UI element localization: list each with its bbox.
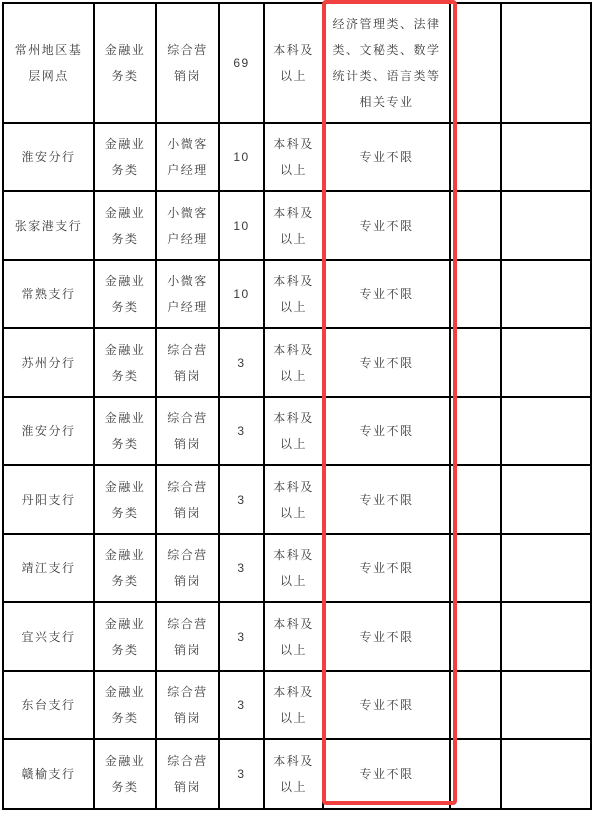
position-cell: 综合营销岗 bbox=[156, 671, 219, 739]
education-cell: 本科及以上 bbox=[264, 534, 323, 602]
category-cell-line: 务类 bbox=[95, 637, 155, 663]
position-cell-line: 销岗 bbox=[157, 774, 218, 800]
major-cell: 专业不限 bbox=[323, 191, 450, 260]
education-cell-line: 本科及 bbox=[265, 748, 322, 774]
branch-cell: 丹阳支行 bbox=[3, 465, 94, 534]
table-row: 宜兴支行金融业务类综合营销岗3本科及以上专业不限 bbox=[3, 602, 591, 671]
branch-cell-line: 宜兴支行 bbox=[4, 624, 93, 650]
position-cell-line: 综合营 bbox=[157, 337, 218, 363]
major-cell-line: 专业不限 bbox=[324, 692, 449, 718]
blank-cell bbox=[501, 3, 591, 123]
table-row: 苏州分行金融业务类综合营销岗3本科及以上专业不限 bbox=[3, 328, 591, 397]
major-cell: 专业不限 bbox=[323, 602, 450, 671]
category-cell-line: 金融业 bbox=[95, 474, 155, 500]
position-cell-line: 销岗 bbox=[157, 637, 218, 663]
major-cell: 专业不限 bbox=[323, 397, 450, 465]
position-cell-line: 综合营 bbox=[157, 611, 218, 637]
category-cell-line: 金融业 bbox=[95, 337, 155, 363]
position-cell: 小微客户经理 bbox=[156, 123, 219, 191]
position-cell-line: 综合营 bbox=[157, 679, 218, 705]
blank-cell bbox=[450, 739, 501, 809]
category-cell-line: 金融业 bbox=[95, 611, 155, 637]
blank-cell bbox=[450, 123, 501, 191]
count-cell: 69 bbox=[219, 3, 264, 123]
category-cell-line: 务类 bbox=[95, 63, 155, 89]
major-cell-line: 专业不限 bbox=[324, 555, 449, 581]
category-cell-line: 务类 bbox=[95, 705, 155, 731]
table-row: 淮安分行金融业务类小微客户经理10本科及以上专业不限 bbox=[3, 123, 591, 191]
count-cell: 3 bbox=[219, 671, 264, 739]
education-cell-line: 以上 bbox=[265, 63, 322, 89]
category-cell: 金融业务类 bbox=[94, 465, 156, 534]
blank-cell bbox=[501, 465, 591, 534]
branch-cell: 张家港支行 bbox=[3, 191, 94, 260]
branch-cell: 靖江支行 bbox=[3, 534, 94, 602]
major-cell: 专业不限 bbox=[323, 123, 450, 191]
education-cell-line: 本科及 bbox=[265, 37, 322, 63]
blank-cell bbox=[501, 191, 591, 260]
blank-cell bbox=[450, 602, 501, 671]
position-cell-line: 销岗 bbox=[157, 63, 218, 89]
education-cell-line: 本科及 bbox=[265, 679, 322, 705]
branch-cell-line: 苏州分行 bbox=[4, 350, 93, 376]
position-cell: 小微客户经理 bbox=[156, 191, 219, 260]
table-row: 常熟支行金融业务类小微客户经理10本科及以上专业不限 bbox=[3, 260, 591, 328]
category-cell-line: 务类 bbox=[95, 157, 155, 183]
recruitment-table: 常州地区基层网点金融业务类综合营销岗69本科及以上经济管理类、法律类、文秘类、数… bbox=[2, 2, 592, 810]
education-cell-line: 本科及 bbox=[265, 200, 322, 226]
major-cell-line: 专业不限 bbox=[324, 144, 449, 170]
table-row: 张家港支行金融业务类小微客户经理10本科及以上专业不限 bbox=[3, 191, 591, 260]
position-cell-line: 户经理 bbox=[157, 157, 218, 183]
count-cell: 10 bbox=[219, 191, 264, 260]
education-cell-line: 本科及 bbox=[265, 268, 322, 294]
education-cell-line: 以上 bbox=[265, 157, 322, 183]
major-cell: 专业不限 bbox=[323, 328, 450, 397]
position-cell-line: 综合营 bbox=[157, 542, 218, 568]
branch-cell-line: 东台支行 bbox=[4, 692, 93, 718]
branch-cell: 常熟支行 bbox=[3, 260, 94, 328]
category-cell: 金融业务类 bbox=[94, 739, 156, 809]
major-cell: 专业不限 bbox=[323, 260, 450, 328]
major-cell-line: 专业不限 bbox=[324, 418, 449, 444]
blank-cell bbox=[450, 465, 501, 534]
education-cell-line: 以上 bbox=[265, 568, 322, 594]
education-cell-line: 本科及 bbox=[265, 474, 322, 500]
category-cell-line: 务类 bbox=[95, 226, 155, 252]
blank-cell bbox=[501, 328, 591, 397]
category-cell-line: 金融业 bbox=[95, 748, 155, 774]
branch-cell: 淮安分行 bbox=[3, 397, 94, 465]
category-cell: 金融业务类 bbox=[94, 328, 156, 397]
blank-cell bbox=[501, 260, 591, 328]
position-cell-line: 销岗 bbox=[157, 431, 218, 457]
position-cell: 综合营销岗 bbox=[156, 3, 219, 123]
education-cell-line: 以上 bbox=[265, 226, 322, 252]
position-cell: 小微客户经理 bbox=[156, 260, 219, 328]
count-cell: 3 bbox=[219, 397, 264, 465]
major-cell: 专业不限 bbox=[323, 739, 450, 809]
major-cell: 专业不限 bbox=[323, 671, 450, 739]
education-cell-line: 以上 bbox=[265, 637, 322, 663]
position-cell-line: 销岗 bbox=[157, 363, 218, 389]
category-cell-line: 金融业 bbox=[95, 679, 155, 705]
table-row: 东台支行金融业务类综合营销岗3本科及以上专业不限 bbox=[3, 671, 591, 739]
blank-cell bbox=[501, 739, 591, 809]
category-cell-line: 务类 bbox=[95, 568, 155, 594]
education-cell-line: 以上 bbox=[265, 431, 322, 457]
table-row: 赣榆支行金融业务类综合营销岗3本科及以上专业不限 bbox=[3, 739, 591, 809]
branch-cell-line: 淮安分行 bbox=[4, 144, 93, 170]
category-cell: 金融业务类 bbox=[94, 3, 156, 123]
position-cell: 综合营销岗 bbox=[156, 465, 219, 534]
category-cell: 金融业务类 bbox=[94, 397, 156, 465]
position-cell-line: 综合营 bbox=[157, 37, 218, 63]
major-cell: 经济管理类、法律类、文秘类、数学统计类、语言类等相关专业 bbox=[323, 3, 450, 123]
education-cell-line: 本科及 bbox=[265, 611, 322, 637]
position-cell-line: 销岗 bbox=[157, 500, 218, 526]
position-cell: 综合营销岗 bbox=[156, 397, 219, 465]
position-cell: 综合营销岗 bbox=[156, 739, 219, 809]
branch-cell-line: 层网点 bbox=[4, 63, 93, 89]
major-cell: 专业不限 bbox=[323, 465, 450, 534]
branch-cell-line: 淮安分行 bbox=[4, 418, 93, 444]
education-cell-line: 本科及 bbox=[265, 542, 322, 568]
major-cell-line: 统计类、语言类等 bbox=[324, 63, 449, 89]
position-cell-line: 销岗 bbox=[157, 568, 218, 594]
branch-cell: 宜兴支行 bbox=[3, 602, 94, 671]
position-cell-line: 销岗 bbox=[157, 705, 218, 731]
category-cell-line: 务类 bbox=[95, 294, 155, 320]
branch-cell-line: 赣榆支行 bbox=[4, 761, 93, 787]
position-cell-line: 小微客 bbox=[157, 131, 218, 157]
blank-cell bbox=[450, 534, 501, 602]
branch-cell-line: 靖江支行 bbox=[4, 555, 93, 581]
table-row: 丹阳支行金融业务类综合营销岗3本科及以上专业不限 bbox=[3, 465, 591, 534]
major-cell-line: 专业不限 bbox=[324, 761, 449, 787]
education-cell-line: 以上 bbox=[265, 774, 322, 800]
count-cell: 3 bbox=[219, 739, 264, 809]
category-cell: 金融业务类 bbox=[94, 602, 156, 671]
education-cell: 本科及以上 bbox=[264, 397, 323, 465]
branch-cell-line: 张家港支行 bbox=[4, 213, 93, 239]
category-cell: 金融业务类 bbox=[94, 123, 156, 191]
position-cell-line: 户经理 bbox=[157, 226, 218, 252]
major-cell-line: 相关专业 bbox=[324, 89, 449, 115]
education-cell: 本科及以上 bbox=[264, 328, 323, 397]
table-row: 常州地区基层网点金融业务类综合营销岗69本科及以上经济管理类、法律类、文秘类、数… bbox=[3, 3, 591, 123]
education-cell-line: 本科及 bbox=[265, 131, 322, 157]
category-cell-line: 金融业 bbox=[95, 200, 155, 226]
education-cell-line: 以上 bbox=[265, 705, 322, 731]
blank-cell bbox=[450, 328, 501, 397]
category-cell-line: 务类 bbox=[95, 431, 155, 457]
table-row: 靖江支行金融业务类综合营销岗3本科及以上专业不限 bbox=[3, 534, 591, 602]
major-cell: 专业不限 bbox=[323, 534, 450, 602]
count-cell: 3 bbox=[219, 328, 264, 397]
position-cell: 综合营销岗 bbox=[156, 602, 219, 671]
major-cell-line: 专业不限 bbox=[324, 350, 449, 376]
category-cell-line: 务类 bbox=[95, 500, 155, 526]
education-cell: 本科及以上 bbox=[264, 260, 323, 328]
category-cell-line: 金融业 bbox=[95, 405, 155, 431]
branch-cell: 常州地区基层网点 bbox=[3, 3, 94, 123]
category-cell-line: 务类 bbox=[95, 363, 155, 389]
category-cell-line: 金融业 bbox=[95, 37, 155, 63]
blank-cell bbox=[501, 602, 591, 671]
blank-cell bbox=[450, 260, 501, 328]
blank-cell bbox=[450, 191, 501, 260]
category-cell-line: 金融业 bbox=[95, 268, 155, 294]
table-body: 常州地区基层网点金融业务类综合营销岗69本科及以上经济管理类、法律类、文秘类、数… bbox=[3, 3, 591, 809]
count-cell: 10 bbox=[219, 123, 264, 191]
position-cell-line: 小微客 bbox=[157, 268, 218, 294]
count-cell: 3 bbox=[219, 465, 264, 534]
education-cell-line: 以上 bbox=[265, 294, 322, 320]
education-cell: 本科及以上 bbox=[264, 123, 323, 191]
branch-cell: 东台支行 bbox=[3, 671, 94, 739]
position-cell-line: 综合营 bbox=[157, 474, 218, 500]
major-cell-line: 经济管理类、法律 bbox=[324, 11, 449, 37]
education-cell-line: 本科及 bbox=[265, 337, 322, 363]
education-cell-line: 以上 bbox=[265, 363, 322, 389]
major-cell-line: 类、文秘类、数学 bbox=[324, 37, 449, 63]
category-cell-line: 金融业 bbox=[95, 131, 155, 157]
major-cell-line: 专业不限 bbox=[324, 281, 449, 307]
position-cell-line: 综合营 bbox=[157, 405, 218, 431]
count-cell: 3 bbox=[219, 602, 264, 671]
education-cell: 本科及以上 bbox=[264, 191, 323, 260]
education-cell: 本科及以上 bbox=[264, 739, 323, 809]
count-cell: 3 bbox=[219, 534, 264, 602]
category-cell: 金融业务类 bbox=[94, 671, 156, 739]
position-cell: 综合营销岗 bbox=[156, 534, 219, 602]
branch-cell-line: 常熟支行 bbox=[4, 281, 93, 307]
category-cell: 金融业务类 bbox=[94, 534, 156, 602]
category-cell-line: 金融业 bbox=[95, 542, 155, 568]
position-cell-line: 户经理 bbox=[157, 294, 218, 320]
table-row: 淮安分行金融业务类综合营销岗3本科及以上专业不限 bbox=[3, 397, 591, 465]
major-cell-line: 专业不限 bbox=[324, 213, 449, 239]
education-cell: 本科及以上 bbox=[264, 465, 323, 534]
category-cell: 金融业务类 bbox=[94, 191, 156, 260]
branch-cell: 赣榆支行 bbox=[3, 739, 94, 809]
blank-cell bbox=[501, 397, 591, 465]
blank-cell bbox=[450, 3, 501, 123]
position-cell: 综合营销岗 bbox=[156, 328, 219, 397]
count-cell: 10 bbox=[219, 260, 264, 328]
position-cell-line: 综合营 bbox=[157, 748, 218, 774]
education-cell-line: 本科及 bbox=[265, 405, 322, 431]
branch-cell: 苏州分行 bbox=[3, 328, 94, 397]
blank-cell bbox=[501, 534, 591, 602]
education-cell: 本科及以上 bbox=[264, 671, 323, 739]
branch-cell: 淮安分行 bbox=[3, 123, 94, 191]
blank-cell bbox=[450, 671, 501, 739]
branch-cell-line: 丹阳支行 bbox=[4, 487, 93, 513]
position-cell-line: 小微客 bbox=[157, 200, 218, 226]
education-cell-line: 以上 bbox=[265, 500, 322, 526]
major-cell-line: 专业不限 bbox=[324, 487, 449, 513]
education-cell: 本科及以上 bbox=[264, 602, 323, 671]
education-cell: 本科及以上 bbox=[264, 3, 323, 123]
major-cell-line: 专业不限 bbox=[324, 624, 449, 650]
blank-cell bbox=[450, 397, 501, 465]
branch-cell-line: 常州地区基 bbox=[4, 37, 93, 63]
category-cell: 金融业务类 bbox=[94, 260, 156, 328]
blank-cell bbox=[501, 123, 591, 191]
category-cell-line: 务类 bbox=[95, 774, 155, 800]
blank-cell bbox=[501, 671, 591, 739]
